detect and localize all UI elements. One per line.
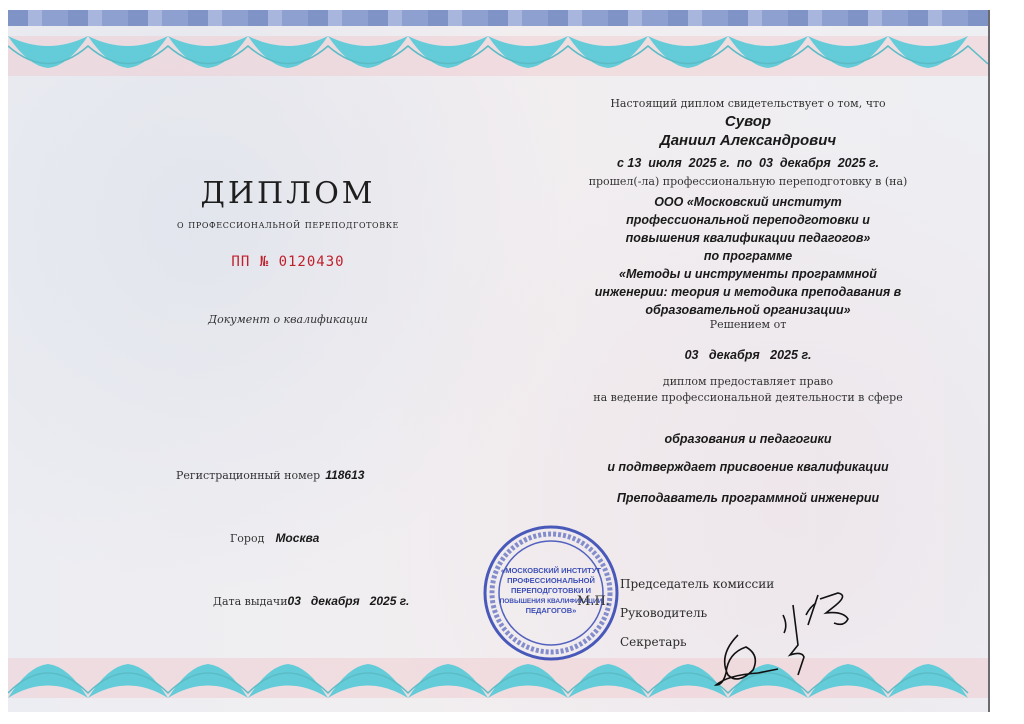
intro-text: Настоящий диплом свидетельствует о том, …	[563, 97, 933, 110]
recipient-name: Даниил Александрович	[563, 132, 933, 150]
top-ornament-border	[8, 26, 988, 86]
diploma-sheet: ДИПЛОМ о профессиональной переподготовке…	[8, 10, 990, 712]
decision-label: Решением от	[563, 318, 933, 331]
completed-text: прошел(-ла) профессиональную переподгото…	[563, 175, 933, 188]
issue-date-value: 03 декабря 2025 г.	[288, 594, 410, 608]
svg-text:ПРОФЕССИОНАЛЬНОЙ: ПРОФЕССИОНАЛЬНОЙ	[507, 576, 595, 585]
diploma-subtitle: о профессиональной переподготовке	[118, 218, 458, 231]
svg-text:М.П.: М.П.	[577, 594, 610, 609]
svg-text:ПЕДАГОГОВ»: ПЕДАГОГОВ»	[526, 606, 577, 615]
professional-sphere: образования и педагогики	[563, 430, 933, 448]
head-label: Руководитель	[620, 606, 707, 620]
registration-value: 118613	[325, 468, 364, 482]
organization-line: ООО «Московский институт	[563, 193, 933, 211]
rights-line: диплом предоставляет право	[563, 375, 933, 388]
organization-name: ООО «Московский институт профессионально…	[563, 193, 933, 319]
city-label: Город	[230, 532, 264, 545]
diploma-title: ДИПЛОМ	[118, 176, 458, 211]
city-value: Москва	[275, 531, 319, 545]
document-type: Документ о квалификации	[118, 313, 458, 326]
serial-number: ПП № 0120430	[118, 254, 458, 270]
program-line: образовательной организации»	[563, 301, 933, 319]
organization-line: профессиональной переподготовки и	[563, 211, 933, 229]
secretary-label: Секретарь	[620, 635, 687, 649]
signature-scribble	[698, 585, 858, 695]
organization-line: повышения квалификации педагогов»	[563, 229, 933, 247]
qualification: Преподаватель программной инженерии	[563, 489, 933, 507]
program-line: «Методы и инструменты программной	[563, 265, 933, 283]
issue-date-label: Дата выдачи	[213, 595, 288, 608]
program-label: по программе	[563, 247, 933, 265]
program-line: инженерии: теория и методика преподавани…	[563, 283, 933, 301]
svg-text:«МОСКОВСКИЙ ИНСТИТУТ: «МОСКОВСКИЙ ИНСТИТУТ	[501, 566, 601, 575]
registration-row: Регистрационный номер 118613	[176, 464, 364, 483]
rights-line: на ведение профессиональной деятельности…	[563, 391, 933, 404]
top-security-band	[8, 10, 988, 26]
city-row: Город Москва	[230, 527, 319, 546]
recipient-surname: Сувор	[563, 113, 933, 131]
registration-label: Регистрационный номер	[176, 469, 320, 482]
official-stamp: «МОСКОВСКИЙ ИНСТИТУТ ПРОФЕССИОНАЛЬНОЙ ПЕ…	[481, 523, 621, 663]
study-period: с 13 июля 2025 г. по 03 декабря 2025 г.	[563, 154, 933, 172]
confirms-text: и подтверждает присвоение квалификации	[563, 458, 933, 476]
issue-date-row: Дата выдачи03 декабря 2025 г.	[213, 590, 409, 609]
decision-date: 03 декабря 2025 г.	[563, 346, 933, 364]
